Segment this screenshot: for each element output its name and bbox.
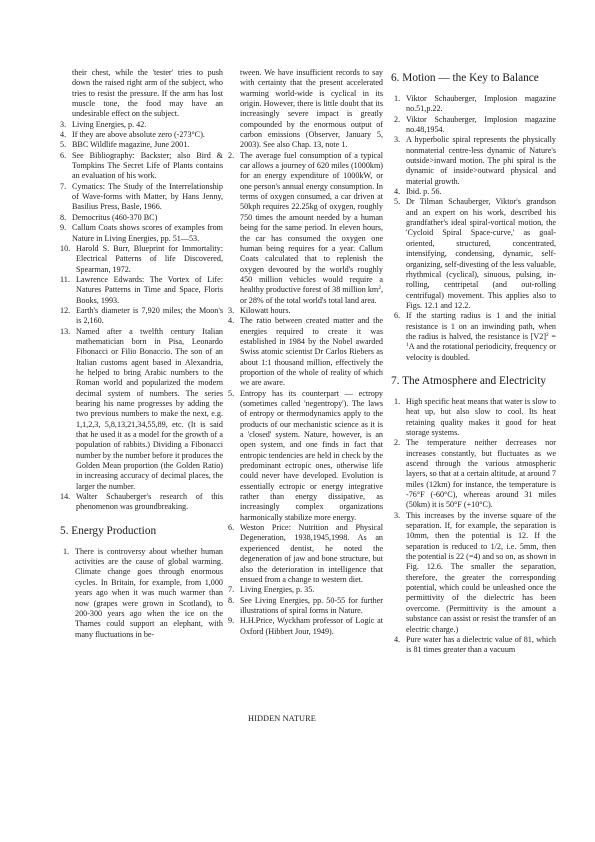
endnote: 3.Living Energies, p. 42. [60, 120, 223, 130]
note-continuation: their chest, while the 'tester' tries to… [60, 68, 223, 120]
endnote: 13.Named after a twelfth century Italian… [60, 327, 223, 493]
endnote: 5.Entropy has its counterpart — ectropy … [228, 389, 383, 523]
endnote: 5.Dr Tilman Schauberger, Viktor's grands… [391, 197, 556, 311]
endnote: 4.Ibid. p. 56. [391, 187, 556, 197]
endnote: 2.The average fuel consumption of a typi… [228, 151, 383, 306]
endnote: 11.Lawrence Edwards: The Vortex of Life:… [60, 275, 223, 306]
endnote: 1.There is controversy about whether hum… [60, 547, 223, 640]
endnote: 7.Cymatics: The Study of the Interrelati… [60, 182, 223, 213]
section-heading-energy-production: 5. Energy Production [60, 525, 223, 538]
endnote: 7.Living Energies, p. 35. [228, 585, 383, 595]
section-heading-atmosphere: 7. The Atmosphere and Electricity [391, 375, 556, 388]
endnote: 12.Earth's diameter is 7,920 miles; the … [60, 306, 223, 327]
endnote: 1.Viktor Schauberger, Implosion magazine… [391, 94, 556, 115]
endnote: 4.The ratio between created matter and t… [228, 316, 383, 388]
endnote: 4.If they are above absolute zero (-273°… [60, 130, 223, 140]
endnote: 2.The temperature neither decreases nor … [391, 438, 556, 510]
endnote: 9.Callum Coats shows scores of examples … [60, 223, 223, 244]
endnote: 6.See Bibliography: Backster; also Bird … [60, 151, 223, 182]
endnote: 14.Walter Schauberger's research of this… [60, 492, 223, 513]
endnote: 3.This increases by the inverse square o… [391, 511, 556, 635]
endnote: 10.Harold S. Burr, Blueprint for Immorta… [60, 244, 223, 275]
left-column: their chest, while the 'tester' tries to… [60, 68, 223, 640]
endnote: 9.H.H.Price, Wyckham professor of Logic … [228, 616, 383, 637]
endnote: 3.Kilowatt hours. [228, 306, 383, 316]
endnote: 8.See Living Energies, pp. 50-55 for fur… [228, 596, 383, 617]
right-column: 6. Motion — the Key to Balance 1.Viktor … [391, 68, 556, 656]
endnote: 3.A hyperbolic spiral represents the phy… [391, 135, 556, 187]
endnote: 6.Weston Price: Nutrition and Physical D… [228, 523, 383, 585]
endnote: 4.Pure water has a dielectric value of 8… [391, 635, 556, 656]
section-heading-motion: 6. Motion — the Key to Balance [391, 72, 556, 85]
endnote: 1.High specific heat means that water is… [391, 397, 556, 438]
endnote: 8.Democritus (460-370 BC) [60, 213, 223, 223]
endnote: 6.If the starting radius is 1 and the in… [391, 311, 556, 363]
endnote: 2.Viktor Schauberger, Implosion magazine… [391, 115, 556, 136]
middle-column: tween. We have insufficient records to s… [228, 68, 383, 637]
running-footer: HIDDEN NATURE [248, 714, 316, 723]
note-continuation: tween. We have insufficient records to s… [228, 68, 383, 151]
endnote: 5.BBC Wildlife magazine, June 2001. [60, 140, 223, 150]
